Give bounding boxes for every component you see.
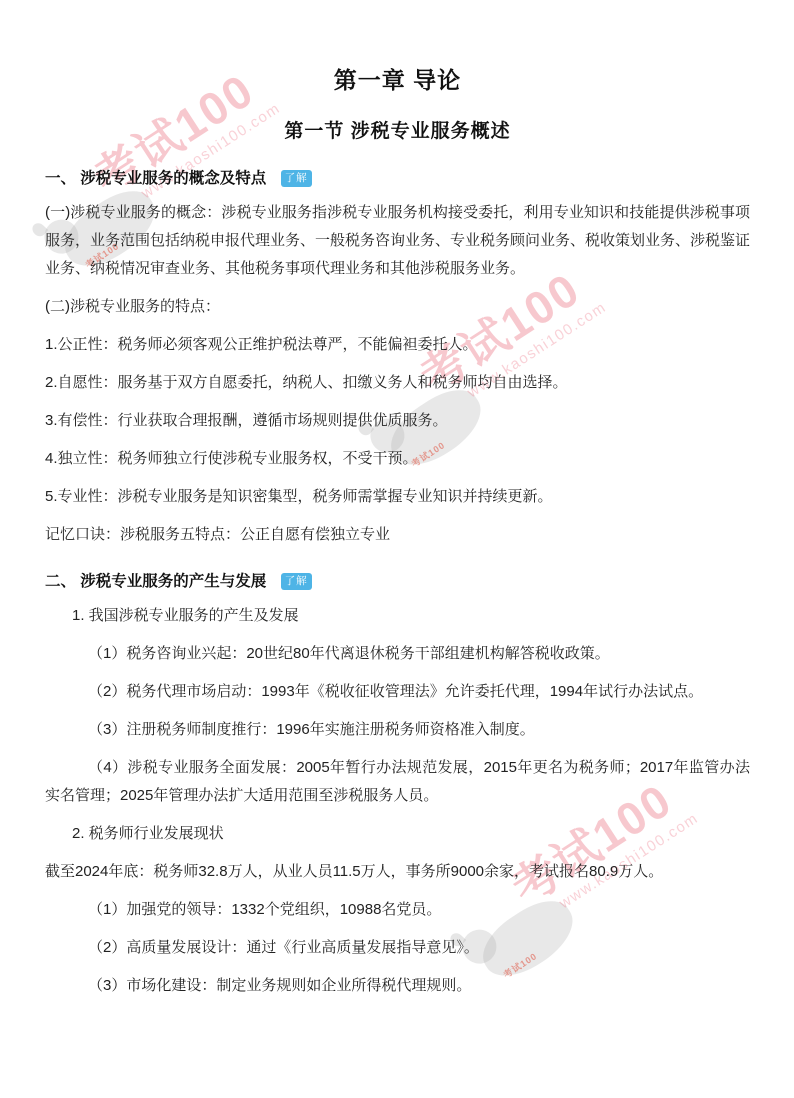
paragraph: (二)涉税专业服务的特点： bbox=[45, 293, 750, 321]
paragraph: 4.独立性：税务师独立行使涉税专业服务权，不受干预。 bbox=[45, 445, 750, 473]
paragraph: （2）高质量发展设计：通过《行业高质量发展指导意见》。 bbox=[45, 934, 750, 962]
document-page: 考试100 考试100 www.kaoshi100.com 考试100 考试10… bbox=[0, 0, 794, 1098]
paragraph: 5.专业性：涉税专业服务是知识密集型，税务师需掌握专业知识并持续更新。 bbox=[45, 483, 750, 511]
section-heading-1-text: 一、 涉税专业服务的概念及特点 bbox=[45, 170, 266, 187]
document-content: 第一章 导论 第一节 涉税专业服务概述 一、 涉税专业服务的概念及特点 了解 (… bbox=[0, 0, 794, 1000]
paragraph: 记忆口诀：涉税服务五特点：公正自愿有偿独立专业 bbox=[45, 521, 750, 549]
paragraph: 3.有偿性：行业获取合理报酬，遵循市场规则提供优质服务。 bbox=[45, 407, 750, 435]
paragraph: 1. 我国涉税专业服务的产生及发展 bbox=[45, 602, 750, 630]
section-heading-2: 二、 涉税专业服务的产生与发展 了解 bbox=[45, 571, 750, 592]
paragraph: （1）加强党的领导：1332个党组织，10988名党员。 bbox=[45, 896, 750, 924]
paragraph: 2.自愿性：服务基于双方自愿委托，纳税人、扣缴义务人和税务师均自由选择。 bbox=[45, 369, 750, 397]
paragraph: （4）涉税专业服务全面发展：2005年暂行办法规范发展，2015年更名为税务师；… bbox=[45, 754, 750, 810]
section-title: 第一节 涉税专业服务概述 bbox=[45, 120, 750, 144]
section-heading-1: 一、 涉税专业服务的概念及特点 了解 bbox=[45, 168, 750, 189]
paragraph: 截至2024年底：税务师32.8万人，从业人员11.5万人，事务所9000余家，… bbox=[45, 858, 750, 886]
chapter-title: 第一章 导论 bbox=[45, 66, 750, 94]
knowledge-level-badge: 了解 bbox=[281, 573, 312, 590]
paragraph: （2）税务代理市场启动：1993年《税收征收管理法》允许委托代理，1994年试行… bbox=[45, 678, 750, 706]
knowledge-level-badge: 了解 bbox=[281, 170, 312, 187]
paragraph: 2. 税务师行业发展现状 bbox=[45, 820, 750, 848]
paragraph: （1）税务咨询业兴起：20世纪80年代离退休税务干部组建机构解答税收政策。 bbox=[45, 640, 750, 668]
paragraph: （3）注册税务师制度推行：1996年实施注册税务师资格准入制度。 bbox=[45, 716, 750, 744]
paragraph: （3）市场化建设：制定业务规则如企业所得税代理规则。 bbox=[45, 972, 750, 1000]
paragraph: (一)涉税专业服务的概念：涉税专业服务指涉税专业服务机构接受委托，利用专业知识和… bbox=[45, 199, 750, 283]
section-heading-2-text: 二、 涉税专业服务的产生与发展 bbox=[45, 573, 266, 590]
paragraph: 1.公正性：税务师必须客观公正维护税法尊严，不能偏袒委托人。 bbox=[45, 331, 750, 359]
